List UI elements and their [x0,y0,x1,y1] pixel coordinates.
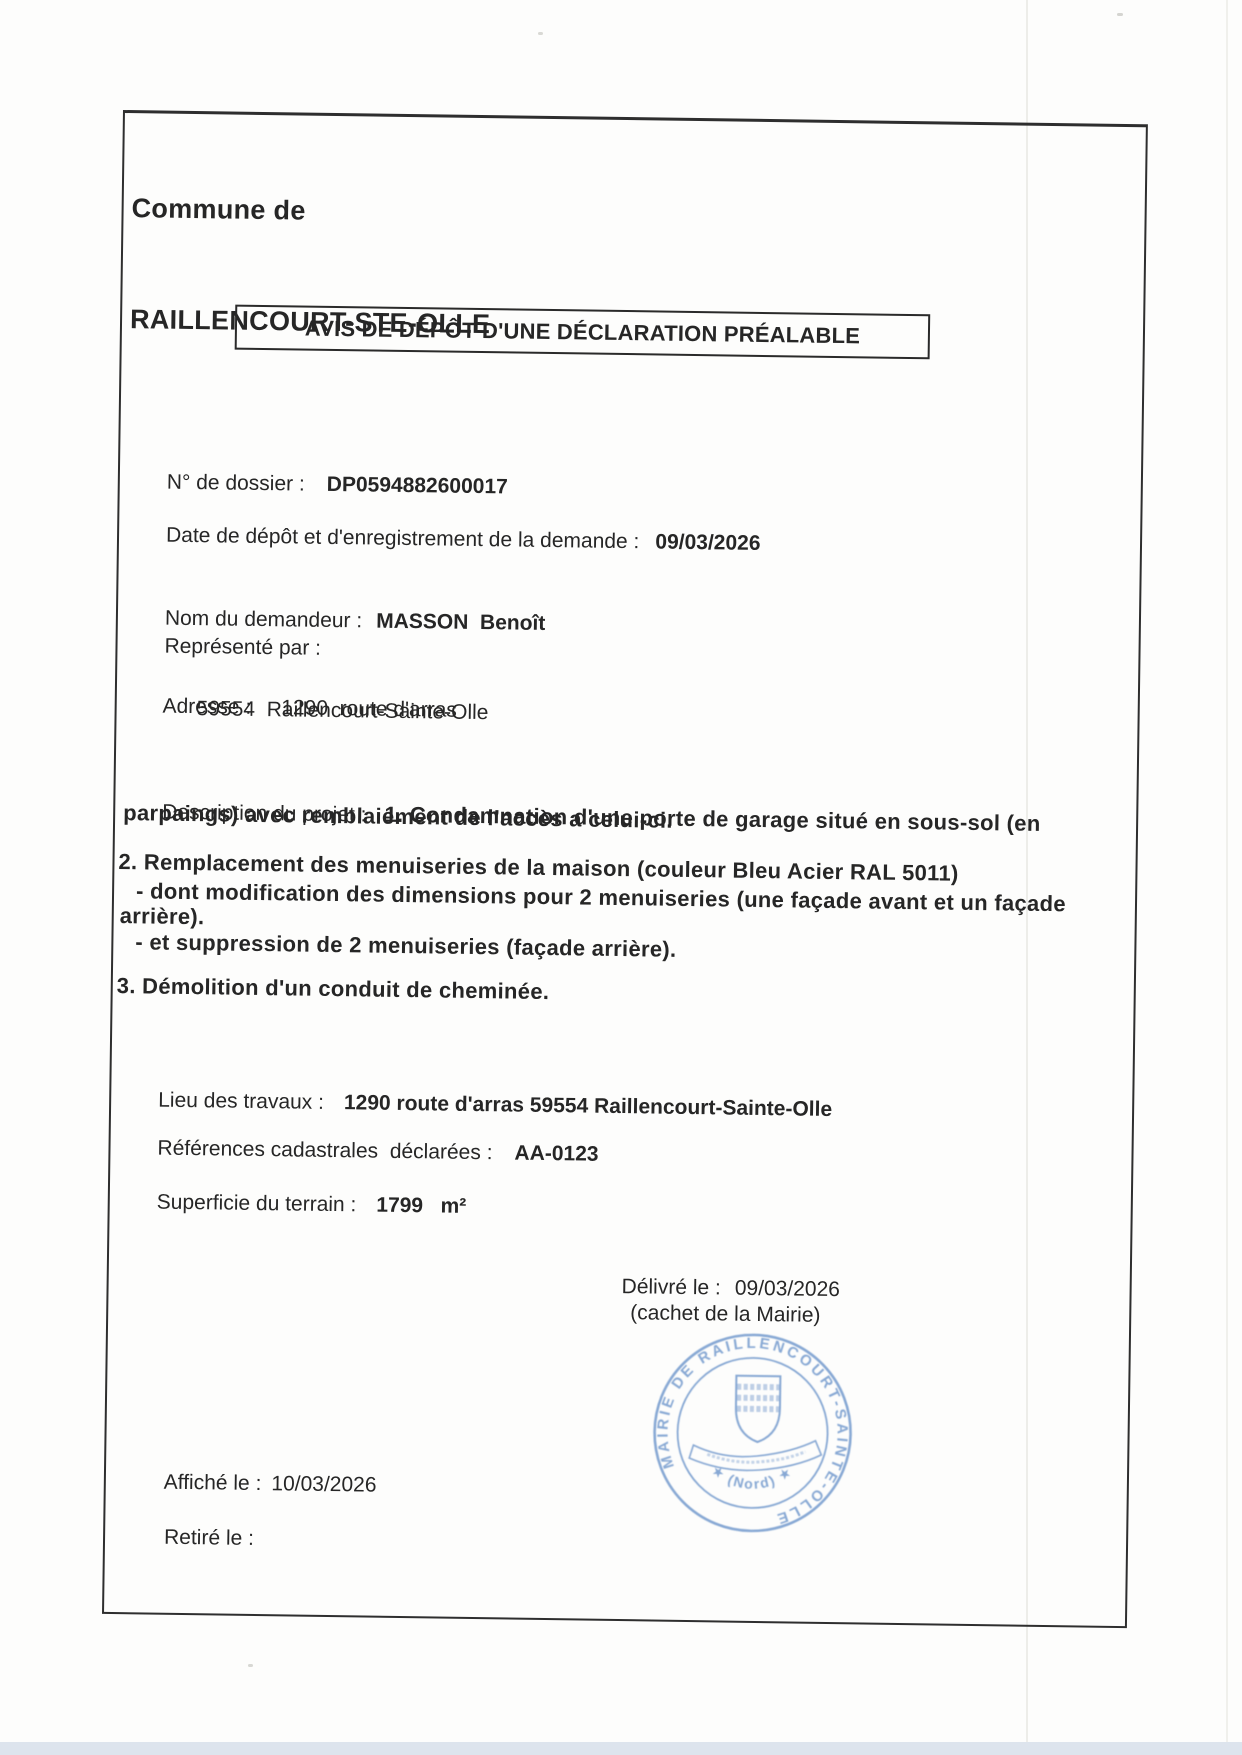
references-value: AA-0123 [514,1142,598,1166]
date-depot-value: 09/03/2026 [655,530,760,554]
svg-text:★ (Nord) ★: ★ (Nord) ★ [708,1461,795,1492]
stamp-shield-bands [737,1387,779,1410]
description-item2-line3: arrière). [120,903,205,930]
document-frame: Commune de RAILLENCOURT-STE-OLLE AVIS DE… [102,110,1148,1628]
superficie-label: Superficie du terrain : [157,1191,357,1217]
field-superficie: Superficie du terrain :1799 m² [121,1163,467,1246]
demandeur-value: MASSON Benoît [376,610,545,635]
represente-label: Représenté par : [164,635,321,660]
description-item2-line4: - et suppression de 2 menuiseries (façad… [135,929,676,963]
affiche-value: 10/03/2026 [271,1472,376,1496]
retire-label: Retiré le : [164,1526,254,1550]
date-depot-label: Date de dépôt et d'enregistrement de la … [166,524,640,554]
affiche-label: Affiché le : [164,1471,262,1495]
scan-speck [1117,13,1123,16]
delivre-value: 09/03/2026 [735,1277,840,1301]
mairie-stamp: MAIRIE DE RAILLENCOURT-SAINTE-OLLE ★ (No… [644,1324,861,1541]
scan-artifact-line [1226,0,1228,1742]
stamp-ring-text: MAIRIE DE RAILLENCOURT-SAINTE-OLLE [644,1324,861,1541]
adresse-line2: 59554 Raillencourt-Sainte-Olle [196,696,488,726]
scan-speck [538,32,543,35]
stamp-graphic: MAIRIE DE RAILLENCOURT-SAINTE-OLLE ★ (No… [644,1324,861,1541]
superficie-value: 1799 m² [376,1194,466,1218]
field-retire-le: Retiré le : [129,1498,255,1578]
field-date-depot: Date de dépôt et d'enregistrement de la … [131,496,761,583]
references-label: Références cadastrales déclarées : [157,1137,492,1165]
scanned-page: Commune de RAILLENCOURT-STE-OLLE AVIS DE… [0,0,1242,1755]
dossier-label: N° de dossier : [167,471,305,496]
document-title: AVIS DE DÉPÔT D'UNE DÉCLARATION PRÉALABL… [305,315,861,349]
scan-speck [248,1664,253,1667]
mairie-stamp-svg: MAIRIE DE RAILLENCOURT-SAINTE-OLLE ★ (No… [644,1324,861,1541]
svg-text:MAIRIE DE RAILLENCOURT-SAINTE-: MAIRIE DE RAILLENCOURT-SAINTE-OLLE [644,1324,861,1541]
delivre-label: Délivré le : [621,1275,721,1299]
commune-line1: Commune de [131,190,492,232]
stamp-nord-text: ★ (Nord) ★ [708,1461,795,1492]
dossier-value: DP0594882600017 [327,473,508,499]
scan-edge-strip [0,1742,1242,1755]
description-item3: 3. Démolition d'un conduit de cheminée. [117,973,550,1005]
stamp-outer-circle [653,1334,852,1533]
commune-header: Commune de RAILLENCOURT-STE-OLLE [129,116,493,417]
